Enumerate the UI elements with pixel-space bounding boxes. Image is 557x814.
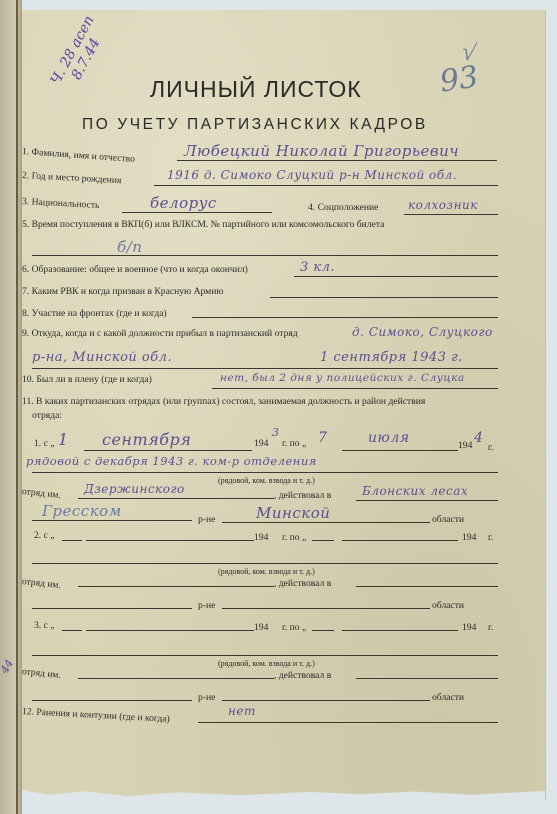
- page-subtitle: ПО УЧЕТУ ПАРТИЗАНСКИХ КАДРОВ: [82, 116, 428, 134]
- field-12-value[interactable]: нет: [228, 704, 256, 718]
- field-6-line: [294, 276, 498, 277]
- document-page: Ч. 28 асеп 8.7.44 √ 93 ЛИЧНЫЙ ЛИСТОК ПО …: [22, 10, 545, 800]
- field-2-label: 2. Год и место рождения: [22, 170, 122, 186]
- entry-1-position[interactable]: рядовой с декабря 1943 г. ком-р отделени…: [26, 454, 317, 468]
- page-number: 93: [438, 60, 481, 100]
- entry-1-rayon-label: р-не: [198, 514, 215, 525]
- field-7-label: 7. Каким РВК и когда призван в Красную А…: [22, 286, 224, 297]
- field-12-line: [198, 722, 498, 723]
- entry-3-acted-line[interactable]: [356, 678, 498, 679]
- entry-1-to-year-suffix[interactable]: 4: [474, 430, 483, 446]
- entry-3-acted-label: , действовал в: [274, 670, 331, 681]
- field-10-value[interactable]: нет, был 2 дня у полицейских г. Слуцка: [220, 372, 465, 384]
- page-title: ЛИЧНЫЙ ЛИСТОК: [150, 76, 362, 103]
- entry-1-to-prefix: г. по „: [282, 438, 306, 449]
- entry-1-rayon[interactable]: Гресском: [42, 502, 122, 520]
- entry-3-to-month-line[interactable]: [342, 630, 458, 631]
- entry-2-oblast-label: области: [432, 600, 464, 611]
- entry-2-acted-line[interactable]: [356, 586, 498, 587]
- entry-2-to-year: 194: [462, 532, 476, 543]
- field-11-label: 11. В каких партизанских отрядах (или гр…: [22, 396, 425, 407]
- field-3-value[interactable]: белорус: [150, 194, 217, 212]
- field-5-value[interactable]: б/п: [117, 238, 142, 256]
- field-3-line: [122, 212, 272, 213]
- field-8-label: 8. Участие на фронтах (где и когда): [22, 308, 167, 319]
- field-10-line: [212, 388, 498, 389]
- entry-3-g: г.: [488, 622, 493, 633]
- entry-1-to-line: [342, 450, 458, 451]
- entry-1-number: 1. с „: [34, 438, 55, 449]
- entry-1-acted[interactable]: Блонских лесах: [362, 484, 468, 498]
- album-binding: [0, 0, 22, 814]
- entry-1-to-day[interactable]: 7: [318, 430, 327, 446]
- field-8-line: [192, 317, 498, 318]
- entry-2-otryad-label: отряд им.: [21, 576, 61, 591]
- entry-3-to-day-line[interactable]: [312, 630, 334, 631]
- entry-2-from-day-line[interactable]: [62, 540, 82, 541]
- entry-1-position-hint: (рядовой, ком. взвода и т. д.): [218, 476, 315, 485]
- entry-1-rayon-line: [32, 520, 192, 521]
- entry-2-to-month-line[interactable]: [342, 540, 458, 541]
- entry-1-from-month[interactable]: сентября: [102, 430, 191, 449]
- field-9-line: [32, 368, 498, 369]
- entry-1-otryad-line: [78, 498, 274, 499]
- entry-3-from-month-line[interactable]: [86, 630, 254, 631]
- field-5-line: [32, 255, 498, 256]
- entry-2-position-hint: (рядовой, ком. взвода и т. д.): [218, 567, 315, 576]
- field-5-label: 5. Время поступления в ВКП(б) или ВЛКСМ.…: [22, 218, 498, 232]
- registration-note: Ч. 28 асеп 8.7.44: [48, 13, 112, 95]
- entry-3-to-prefix: г. по „: [282, 622, 306, 633]
- entry-1-g: г.: [488, 442, 493, 453]
- entry-1-to-month[interactable]: июля: [368, 430, 410, 446]
- entry-2-to-prefix: г. по „: [282, 532, 306, 543]
- entry-3-from-year: 194: [254, 622, 268, 633]
- entry-2-number: 2. с „: [34, 530, 55, 541]
- entry-2-g: г.: [488, 532, 493, 543]
- entry-3-from-day-line[interactable]: [62, 630, 82, 631]
- entry-2-rayon-label: р-не: [198, 600, 215, 611]
- field-9-label: 9. Откуда, когда и с какой должности при…: [22, 328, 298, 339]
- field-2-line: [154, 185, 498, 186]
- field-6-value[interactable]: 3 кл.: [300, 260, 335, 275]
- entry-1-oblast-label: области: [432, 514, 464, 525]
- entry-3-number: 3. с „: [34, 620, 55, 631]
- entry-3-position-line[interactable]: [32, 655, 498, 656]
- entry-3-otryad-line[interactable]: [78, 678, 274, 679]
- entry-1-from-day[interactable]: 1: [58, 430, 69, 449]
- entry-2-oblast-line[interactable]: [222, 608, 430, 609]
- field-4-line: [404, 214, 498, 215]
- entry-1-from-line: [84, 450, 252, 451]
- entry-2-from-month-line[interactable]: [86, 540, 254, 541]
- field-9-value-line2b[interactable]: 1 сентября 1943 г.: [320, 350, 463, 365]
- field-4-label: 4. Соцположение: [308, 202, 378, 213]
- entry-1-position-line: [32, 472, 498, 473]
- entry-3-oblast-line[interactable]: [222, 700, 430, 701]
- field-10-label: 10. Был ли в плену (где и когда): [22, 374, 152, 385]
- entry-2-to-day-line[interactable]: [312, 540, 334, 541]
- entry-2-otryad-line[interactable]: [78, 586, 274, 587]
- field-4-value[interactable]: колхозник: [408, 198, 478, 212]
- entry-2-acted-label: , действовал в: [274, 578, 331, 589]
- entry-3-position-hint: (рядовой, ком. взвода и т. д.): [218, 659, 315, 668]
- entry-1-oblast[interactable]: Минской: [256, 504, 330, 522]
- entry-1-from-year-suffix[interactable]: 3: [272, 426, 280, 439]
- entry-2-from-year: 194: [254, 532, 268, 543]
- entry-1-to-year-prefix: 194: [458, 440, 472, 451]
- field-3-label: 3. Национальность: [22, 196, 100, 211]
- field-2-value[interactable]: 1916 д. Симоко Слуцкий р-н Минской обл.: [167, 168, 457, 182]
- field-1-value[interactable]: Любецкий Николай Григорьевич: [184, 142, 459, 160]
- entry-3-rayon-label: р-не: [198, 692, 215, 703]
- entry-3-otryad-label: отряд им.: [21, 666, 61, 681]
- entry-1-otryad-label: отряд им.: [21, 486, 61, 501]
- entry-2-position-line[interactable]: [32, 563, 498, 564]
- entry-1-acted-label: , действовал в: [274, 490, 331, 501]
- entry-1-from-year-prefix: 194: [254, 438, 268, 449]
- entry-1-oblast-line: [222, 522, 430, 523]
- entry-1-acted-line: [356, 500, 498, 501]
- entry-3-to-year: 194: [462, 622, 476, 633]
- field-12-label: 12. Ранения и контузии (где и когда): [22, 706, 170, 725]
- field-9-value-line1[interactable]: д. Симоко, Слуцкого: [352, 325, 493, 339]
- field-9-value-line2a[interactable]: р-на, Минской обл.: [32, 350, 172, 365]
- entry-3-oblast-label: области: [432, 692, 464, 703]
- field-11-label-cont: отряда:: [32, 410, 62, 421]
- binding-edge: [16, 0, 18, 814]
- entry-1-otryad[interactable]: Дзержинского: [84, 482, 185, 496]
- field-1-line: [177, 160, 497, 161]
- entry-3-rayon-line[interactable]: [32, 700, 192, 701]
- field-6-label: 6. Образование: общее и военное (что и к…: [22, 264, 248, 275]
- entry-2-rayon-line[interactable]: [32, 608, 192, 609]
- field-7-line: [270, 297, 498, 298]
- field-1-label: 1. Фамилия, имя и отчество: [22, 146, 136, 165]
